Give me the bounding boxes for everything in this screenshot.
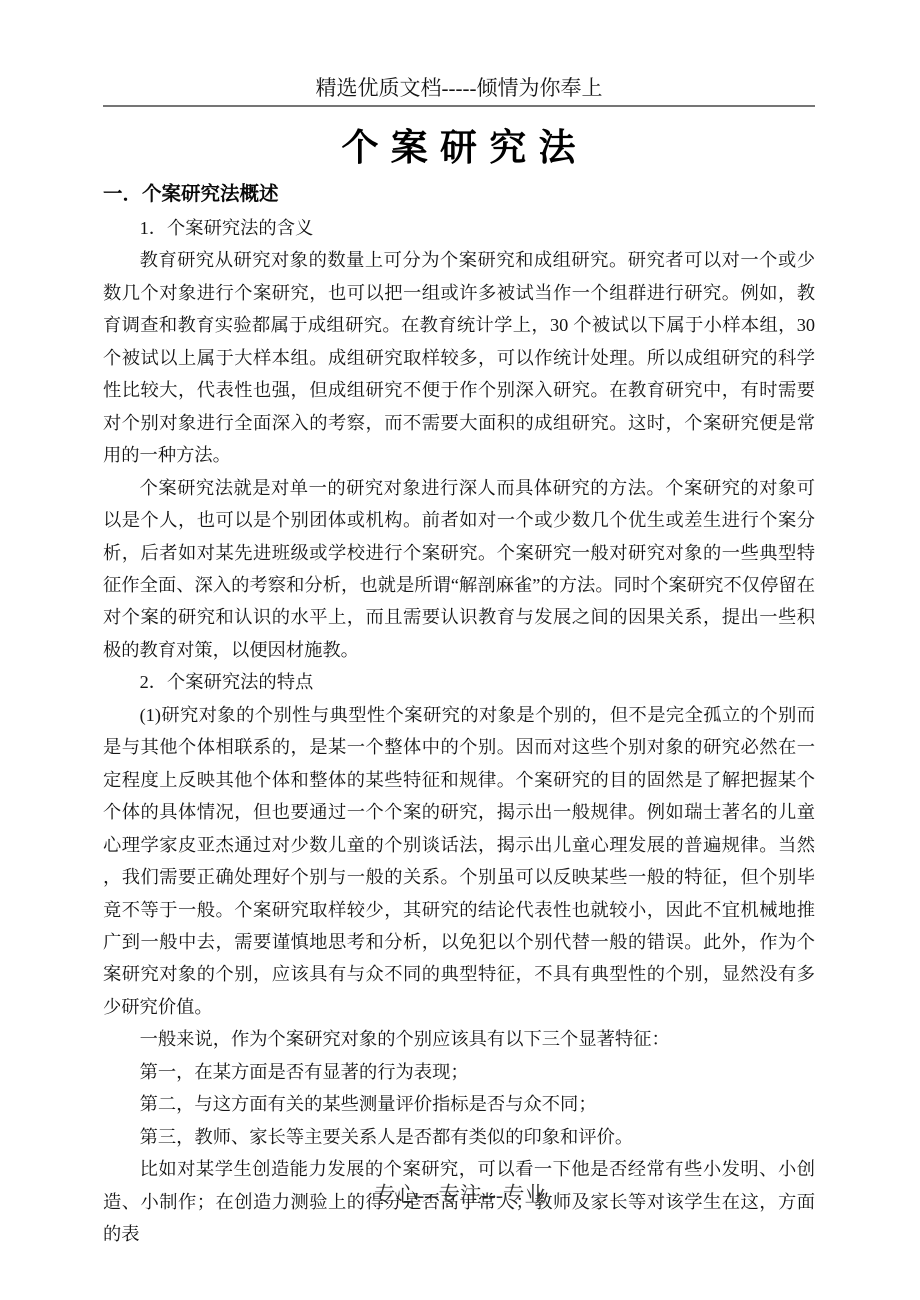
section-heading: 一．个案研究法概述 [103, 181, 815, 208]
document-page: 精选优质文档-----倾情为你奉上 个 案 研 究 法 一．个案研究法概述 1．… [0, 0, 920, 1300]
sub-heading: 1．个案研究法的含义 [103, 212, 815, 244]
paragraph: 个案研究法就是对单一的研究对象进行深人而具体研究的方法。个案研究的对象可以是个人… [103, 472, 815, 667]
paragraph: 第一，在某方面是否有显著的行为表现； [103, 1056, 815, 1088]
page-footer: 专心---专注---专业 [0, 1178, 920, 1209]
footer-text: 专心---专注---专业 [374, 1183, 546, 1207]
document-body: 1．个案研究法的含义教育研究从研究对象的数量上可分为个案研究和成组研究。研究者可… [103, 212, 815, 1251]
sub-heading: 2．个案研究法的特点 [103, 666, 815, 698]
paragraph: 第三，教师、家长等主要关系人是否都有类似的印象和评价。 [103, 1121, 815, 1153]
document-title: 个 案 研 究 法 [103, 127, 815, 169]
page-header: 精选优质文档-----倾情为你奉上 [103, 76, 815, 107]
paragraph: 教育研究从研究对象的数量上可分为个案研究和成组研究。研究者可以对一个或少数几个对… [103, 244, 815, 471]
header-text: 精选优质文档-----倾情为你奉上 [316, 76, 603, 100]
paragraph: 一般来说，作为个案研究对象的个别应该具有以下三个显著特征： [103, 1023, 815, 1055]
paragraph: (1)研究对象的个别性与典型性个案研究的对象是个别的，但不是完全孤立的个别而是与… [103, 699, 815, 1024]
paragraph: 第二，与这方面有关的某些测量评价指标是否与众不同； [103, 1088, 815, 1120]
